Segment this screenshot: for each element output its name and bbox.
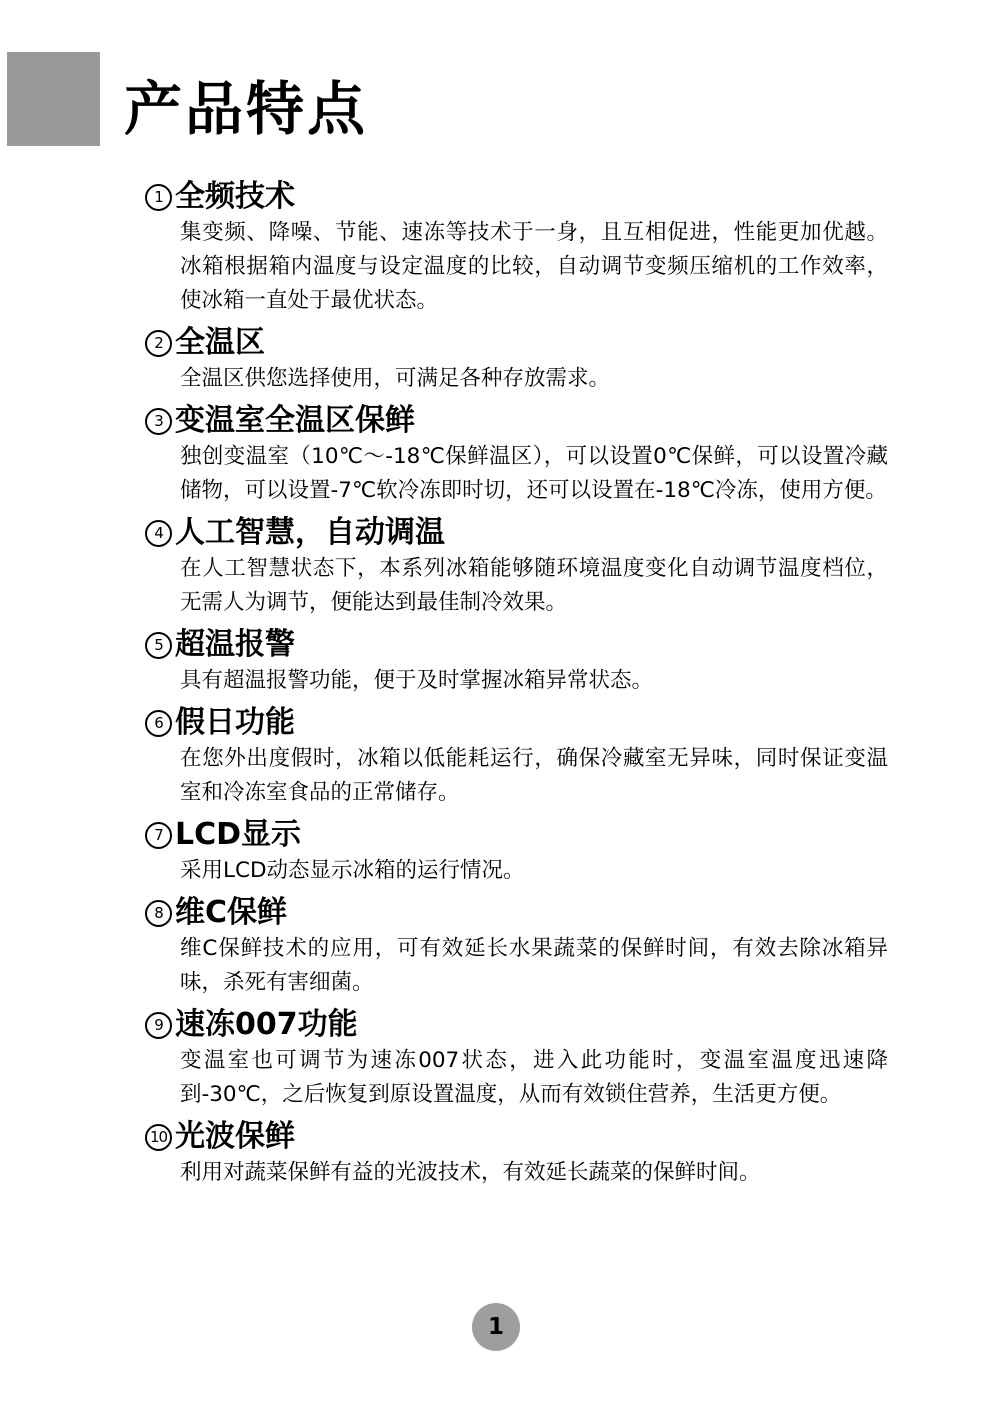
feature-section: 8 维C保鲜 维C保鲜技术的应用，可有效延长水果蔬菜的保鲜时间，有效去除冰箱异味…	[145, 894, 888, 1000]
feature-section: 5 超温报警 具有超温报警功能，便于及时掌握冰箱异常状态。	[145, 626, 888, 698]
circled-number: 7	[145, 822, 172, 849]
feature-body: 全温区供您选择使用，可满足各种存放需求。	[180, 362, 888, 396]
feature-body: 变温室也可调节为速冻007状态，进入此功能时，变温室温度迅速降到-30℃，之后恢…	[180, 1044, 888, 1112]
feature-heading: 1 全频技术	[145, 178, 888, 216]
circled-number: 2	[145, 330, 172, 357]
feature-title: LCD显示	[175, 816, 301, 854]
circled-number: 4	[145, 520, 172, 547]
feature-title: 速冻007功能	[175, 1006, 358, 1044]
feature-body: 利用对蔬菜保鲜有益的光波技术，有效延长蔬菜的保鲜时间。	[180, 1156, 888, 1190]
feature-section: 10 光波保鲜 利用对蔬菜保鲜有益的光波技术，有效延长蔬菜的保鲜时间。	[145, 1118, 888, 1190]
feature-title: 变温室全温区保鲜	[175, 402, 415, 440]
feature-body: 集变频、降噪、节能、速冻等技术于一身，且互相促进，性能更加优越。冰箱根据箱内温度…	[180, 216, 888, 318]
feature-title: 维C保鲜	[175, 894, 287, 932]
circled-number: 8	[145, 900, 172, 927]
feature-heading: 7 LCD显示	[145, 816, 888, 854]
feature-heading: 8 维C保鲜	[145, 894, 888, 932]
feature-heading: 3 变温室全温区保鲜	[145, 402, 888, 440]
feature-section: 4 人工智慧，自动调温 在人工智慧状态下，本系列冰箱能够随环境温度变化自动调节温…	[145, 514, 888, 620]
page-title: 产品特点	[124, 76, 368, 143]
feature-body: 采用LCD动态显示冰箱的运行情况。	[180, 854, 888, 888]
feature-body: 维C保鲜技术的应用，可有效延长水果蔬菜的保鲜时间，有效去除冰箱异味，杀死有害细菌…	[180, 932, 888, 1000]
page-number-badge: 1	[472, 1303, 520, 1351]
feature-title: 光波保鲜	[175, 1118, 295, 1156]
circled-number: 10	[145, 1124, 172, 1151]
feature-section: 2 全温区 全温区供您选择使用，可满足各种存放需求。	[145, 324, 888, 396]
circled-number: 5	[145, 632, 172, 659]
feature-section: 9 速冻007功能 变温室也可调节为速冻007状态，进入此功能时，变温室温度迅速…	[145, 1006, 888, 1112]
feature-body: 具有超温报警功能，便于及时掌握冰箱异常状态。	[180, 664, 888, 698]
feature-title: 超温报警	[175, 626, 295, 664]
title-block-square	[7, 52, 100, 146]
feature-heading: 10 光波保鲜	[145, 1118, 888, 1156]
feature-title: 假日功能	[175, 704, 295, 742]
feature-body: 在您外出度假时，冰箱以低能耗运行，确保冷藏室无异味，同时保证变温室和冷冻室食品的…	[180, 742, 888, 810]
feature-section: 7 LCD显示 采用LCD动态显示冰箱的运行情况。	[145, 816, 888, 888]
feature-section: 3 变温室全温区保鲜 独创变温室（10℃～-18℃保鲜温区），可以设置0℃保鲜，…	[145, 402, 888, 508]
feature-heading: 2 全温区	[145, 324, 888, 362]
circled-number: 3	[145, 408, 172, 435]
feature-heading: 6 假日功能	[145, 704, 888, 742]
feature-title: 全频技术	[175, 178, 295, 216]
page-number: 1	[488, 1314, 504, 1340]
manual-page: 产品特点 1 全频技术 集变频、降噪、节能、速冻等技术于一身，且互相促进，性能更…	[0, 0, 993, 1404]
feature-list: 1 全频技术 集变频、降噪、节能、速冻等技术于一身，且互相促进，性能更加优越。冰…	[145, 172, 888, 1190]
feature-body: 独创变温室（10℃～-18℃保鲜温区），可以设置0℃保鲜，可以设置冷藏储物，可以…	[180, 440, 888, 508]
feature-title: 人工智慧，自动调温	[175, 514, 445, 552]
circled-number: 9	[145, 1012, 172, 1039]
circled-number: 1	[145, 184, 172, 211]
feature-title: 全温区	[175, 324, 265, 362]
feature-heading: 9 速冻007功能	[145, 1006, 888, 1044]
feature-heading: 5 超温报警	[145, 626, 888, 664]
circled-number: 6	[145, 710, 172, 737]
feature-section: 6 假日功能 在您外出度假时，冰箱以低能耗运行，确保冷藏室无异味，同时保证变温室…	[145, 704, 888, 810]
feature-body: 在人工智慧状态下，本系列冰箱能够随环境温度变化自动调节温度档位，无需人为调节，便…	[180, 552, 888, 620]
feature-section: 1 全频技术 集变频、降噪、节能、速冻等技术于一身，且互相促进，性能更加优越。冰…	[145, 178, 888, 318]
feature-heading: 4 人工智慧，自动调温	[145, 514, 888, 552]
